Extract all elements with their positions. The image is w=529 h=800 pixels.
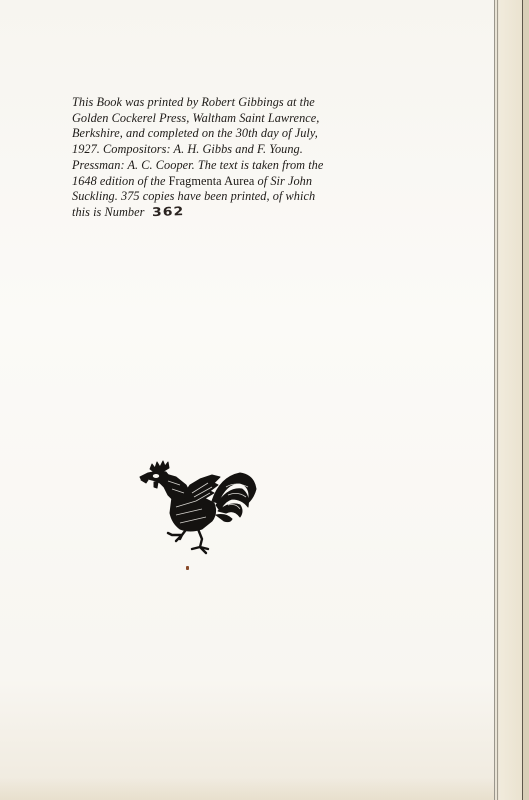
author-text: of Sir John [254,174,312,188]
colophon-line: Golden Cockerel Press, Waltham Saint Law… [72,111,362,127]
page-bottom-shadow [0,778,494,800]
colophon-line: Pressman: A. C. Cooper. The text is take… [72,158,362,174]
paper-speck [186,566,189,570]
colophon-line: 1927. Compositors: A. H. Gibbs and F. Yo… [72,142,362,158]
handwritten-copy-number: 362 [152,206,185,220]
number-label: this is Number [72,205,144,219]
colophon-line: This Book was printed by Robert Gibbings… [72,95,362,111]
deckle-edge [522,0,529,800]
colophon-line: 1648 edition of the Fragmenta Aurea of S… [72,174,362,190]
colophon-text: This Book was printed by Robert Gibbings… [72,95,362,221]
edition-text: 1648 edition of the [72,174,169,188]
colophon-line: Suckling. 375 copies have been printed, … [72,189,362,205]
gutter-rule [497,0,498,800]
book-title: Fragmenta Aurea [169,174,255,188]
cockerel-woodcut-icon [136,457,258,557]
colophon-line: Berkshire, and completed on the 30th day… [72,126,362,142]
colophon-line: this is Number362 [72,205,362,221]
